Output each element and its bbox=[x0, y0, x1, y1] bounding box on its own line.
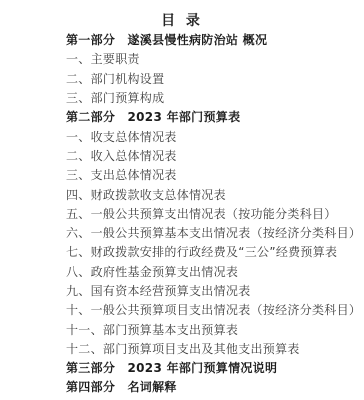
toc-item: 二、收入总体情况表 bbox=[66, 146, 356, 165]
toc-item: 四、财政拨款收支总体情况表 bbox=[66, 184, 356, 203]
toc-item: 七、财政拨款安排的行政经费及“三公”经费预算表 bbox=[66, 242, 356, 261]
toc-item: 九、国有资本经营预算支出情况表 bbox=[66, 281, 356, 300]
toc-item: 三、部门预算构成 bbox=[66, 88, 356, 107]
toc-section-heading: 第四部分 名词解释 bbox=[66, 377, 356, 396]
page-title: 目 录 bbox=[0, 0, 364, 30]
toc-section-heading: 第二部分 2023 年部门预算表 bbox=[66, 107, 356, 126]
toc-item: 二、部门机构设置 bbox=[66, 69, 356, 88]
toc-item: 八、政府性基金预算支出情况表 bbox=[66, 262, 356, 281]
toc-item: 十一、部门预算基本支出预算表 bbox=[66, 319, 356, 338]
toc-list: 第一部分 遂溪县慢性病防治站 概况一、主要职责二、部门机构设置三、部门预算构成第… bbox=[0, 30, 364, 397]
toc-item: 三、支出总体情况表 bbox=[66, 165, 356, 184]
toc-page: 目 录 第一部分 遂溪县慢性病防治站 概况一、主要职责二、部门机构设置三、部门预… bbox=[0, 0, 364, 400]
toc-item: 十、一般公共预算项目支出情况表（按经济分类科目） bbox=[66, 300, 356, 319]
toc-item: 五、一般公共预算支出情况表（按功能分类科目） bbox=[66, 204, 356, 223]
toc-item: 六、一般公共预算基本支出情况表（按经济分类科目） bbox=[66, 223, 356, 242]
toc-section-heading: 第三部分 2023 年部门预算情况说明 bbox=[66, 358, 356, 377]
toc-item: 十二、部门预算项目支出及其他支出预算表 bbox=[66, 339, 356, 358]
toc-item: 一、主要职责 bbox=[66, 49, 356, 68]
toc-item: 一、收支总体情况表 bbox=[66, 126, 356, 145]
toc-section-heading: 第一部分 遂溪县慢性病防治站 概况 bbox=[66, 30, 356, 49]
